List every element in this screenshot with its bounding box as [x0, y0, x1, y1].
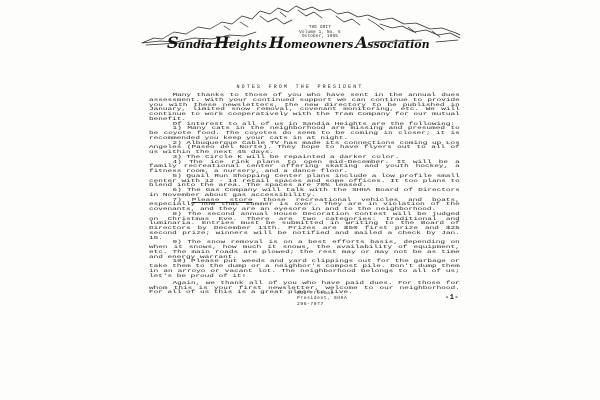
- list-item-10: 10) Please put weeds and yard clippings …: [149, 260, 460, 279]
- list-item-2: 2) Albuquerque Cable TV has made its con…: [149, 142, 460, 156]
- association-name: SandiaHeightsHomeownersAssociation: [166, 33, 400, 52]
- list-item-7: 7) Please store those recreational vehic…: [149, 199, 460, 213]
- list-item-8: 8) The second annual House Decoration Co…: [149, 213, 460, 242]
- signature-phone: 296-7977: [297, 302, 347, 307]
- association-word: Association: [355, 38, 429, 51]
- association-word: Sandia: [167, 38, 212, 51]
- newsletter-page: THE GRIT Volume 1, No. 5 October, 1985 S…: [0, 0, 600, 400]
- association-word: Heights: [214, 38, 267, 51]
- signature-block: Rob Freeman President, SHHA 296-7977: [297, 291, 347, 307]
- list-item-1: 1) Many cats in the neighborhood are mis…: [149, 127, 460, 141]
- article-body: Many thanks to those of you who have sen…: [149, 94, 460, 296]
- article-heading: NOTES FROM THE PRESIDENT: [0, 84, 600, 90]
- paragraph-intro: Many thanks to those of you who have sen…: [149, 94, 460, 123]
- list-item-9: 9) The snow removal is on a best efforts…: [149, 241, 460, 260]
- association-word: Homeowners: [269, 38, 353, 51]
- list-item-5: 5) Quail Run Shopping Center plans inclu…: [149, 175, 460, 189]
- list-item-4: 4) The ice rink plans to open mid-Decemb…: [149, 161, 460, 175]
- page-number: -1-: [445, 294, 459, 302]
